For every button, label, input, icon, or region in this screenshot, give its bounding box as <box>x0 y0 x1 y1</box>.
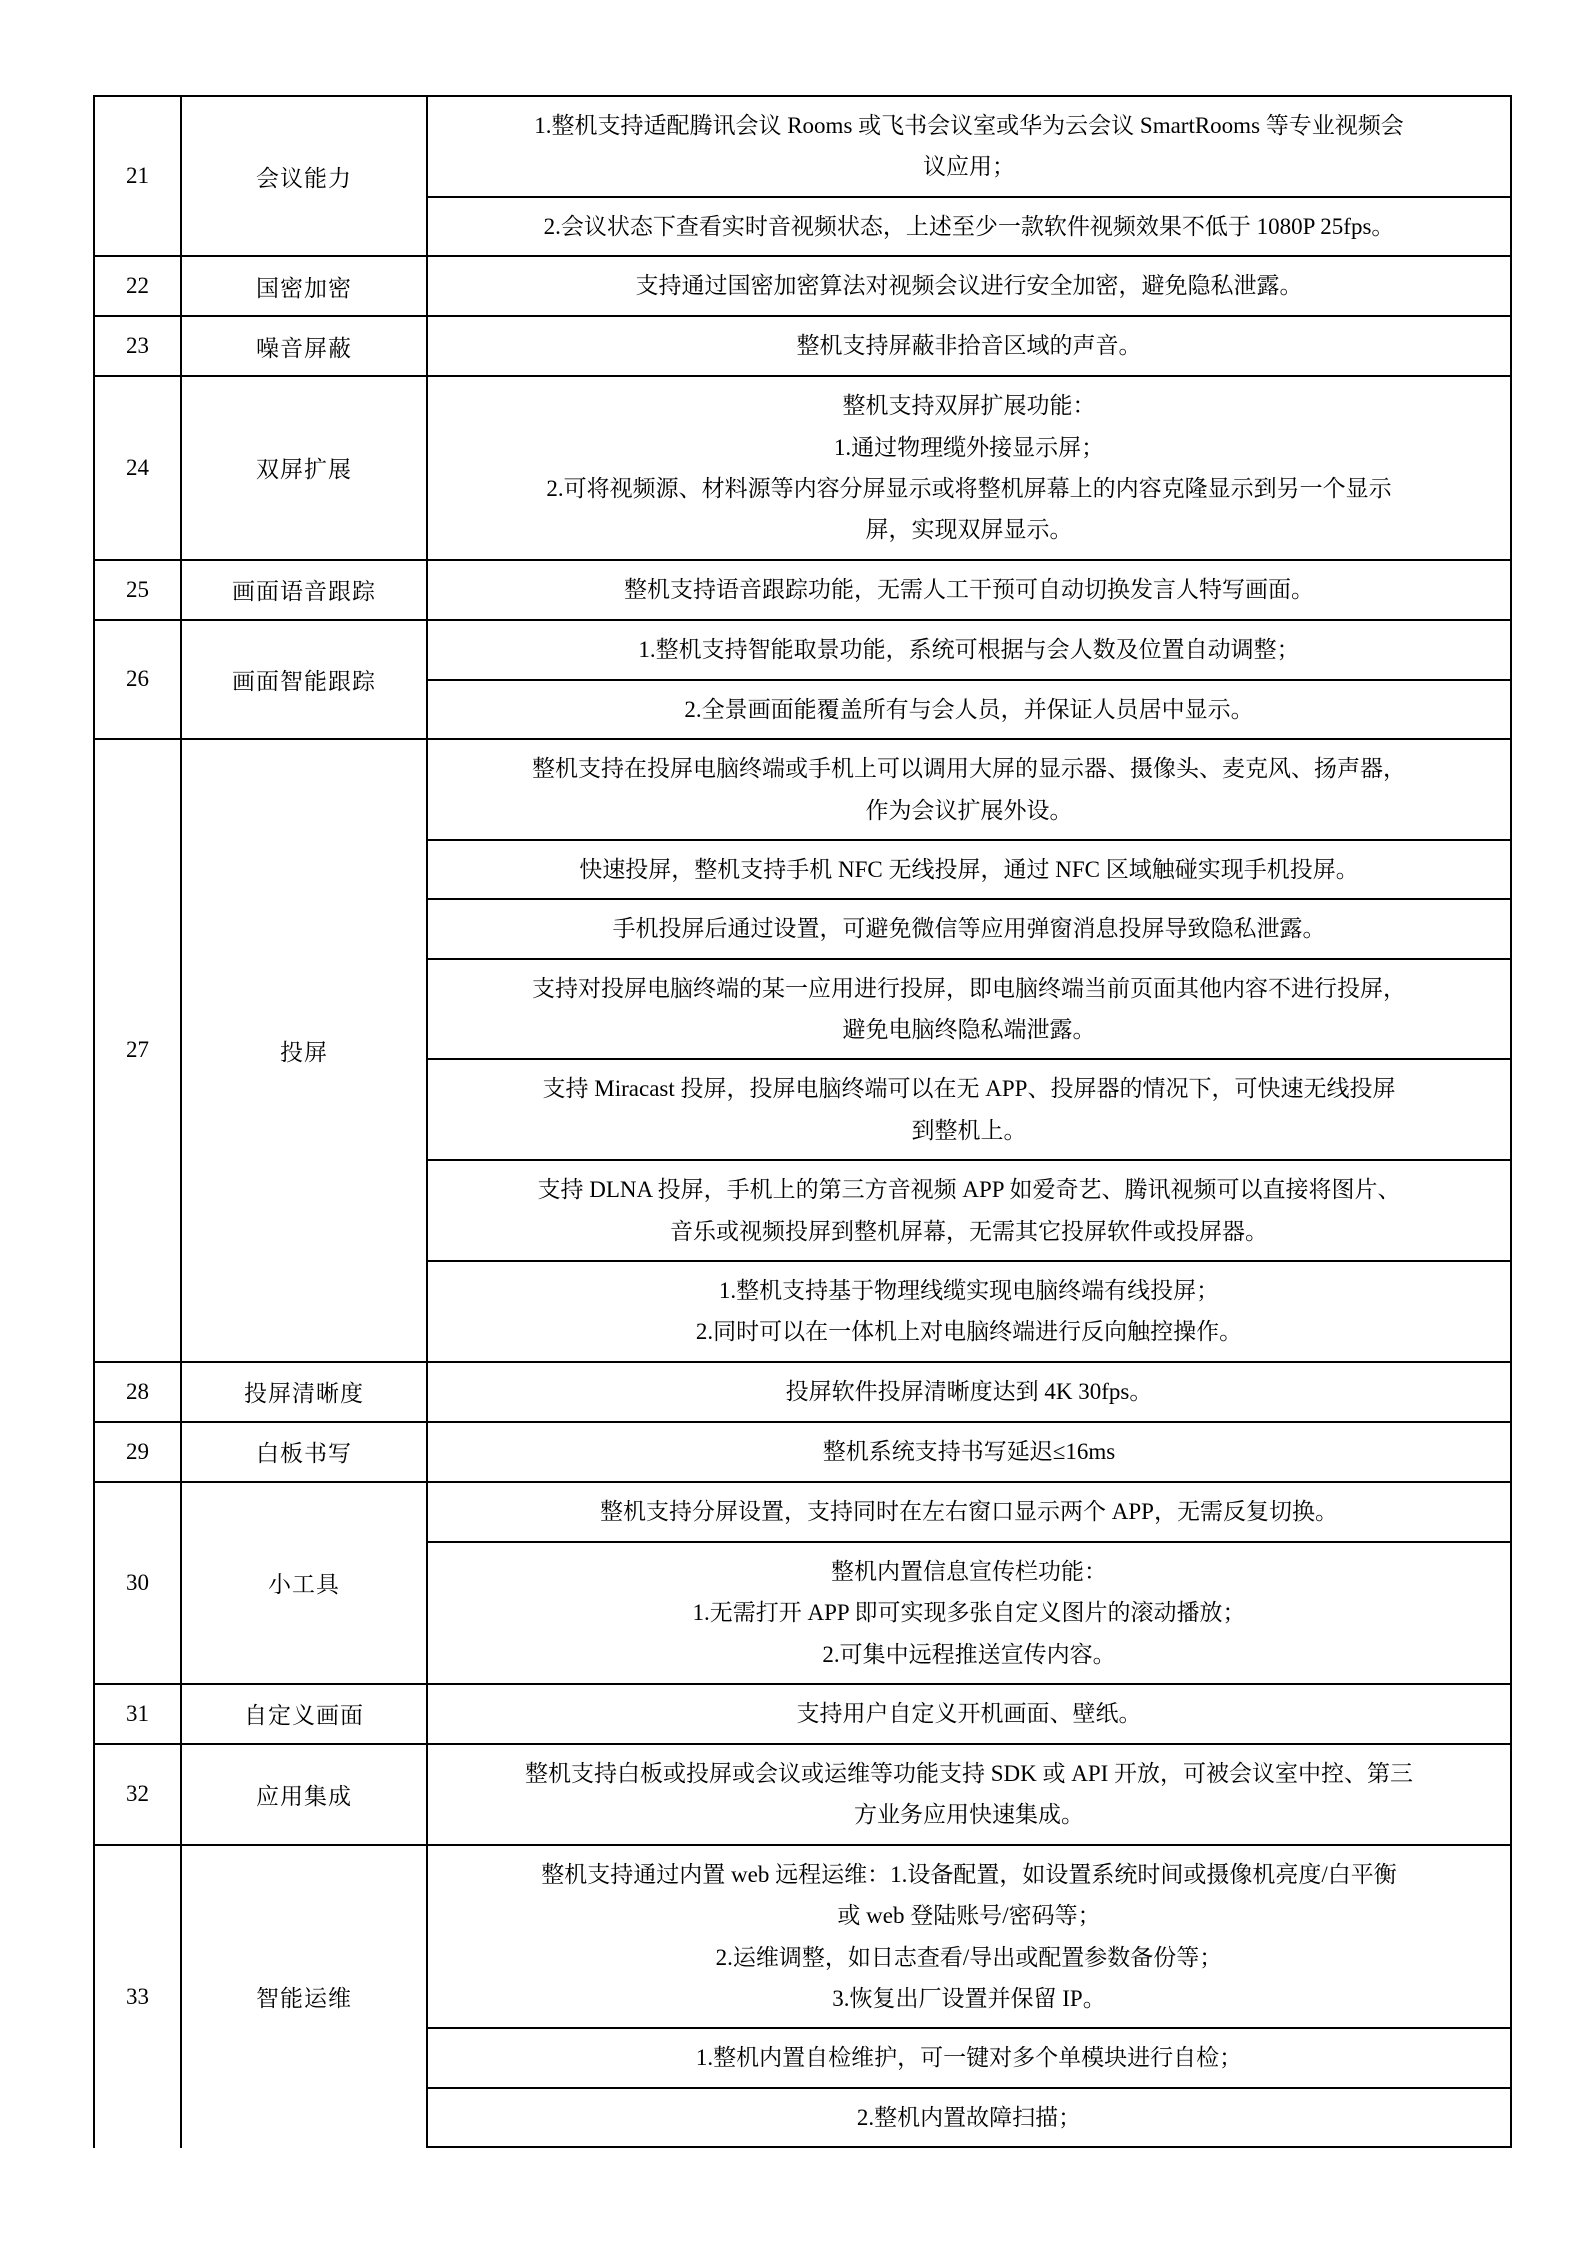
row-spec-column: 整机支持在投屏电脑终端或手机上可以调用大屏的显示器、摄像头、麦克风、扬声器， 作… <box>428 740 1510 1361</box>
document-page: 21会议能力1.整机支持适配腾讯会议 Rooms 或飞书会议室或华为云会议 Sm… <box>0 0 1587 2245</box>
table-row: 22国密加密支持通过国密加密算法对视频会议进行安全加密，避免隐私泄露。 <box>95 255 1510 315</box>
row-feature-name-cell: 白板书写 <box>182 1423 428 1481</box>
spec-table: 21会议能力1.整机支持适配腾讯会议 Rooms 或飞书会议室或华为云会议 Sm… <box>93 95 1512 2148</box>
row-spec-column: 整机支持双屏扩展功能： 1.通过物理缆外接显示屏； 2.可将视频源、材料源等内容… <box>428 377 1510 559</box>
table-row: 21会议能力1.整机支持适配腾讯会议 Rooms 或飞书会议室或华为云会议 Sm… <box>95 97 1510 255</box>
spec-cell: 支持通过国密加密算法对视频会议进行安全加密，避免隐私泄露。 <box>428 257 1510 315</box>
spec-cell: 整机系统支持书写延迟≤16ms <box>428 1423 1510 1481</box>
table-row: 25画面语音跟踪整机支持语音跟踪功能，无需人工干预可自动切换发言人特写画面。 <box>95 559 1510 619</box>
row-spec-column: 投屏软件投屏清晰度达到 4K 30fps。 <box>428 1363 1510 1421</box>
spec-text: 2.会议状态下查看实时音视频状态，上述至少一款软件视频效果不低于 1080P 2… <box>440 206 1498 247</box>
spec-text: 手机投屏后通过设置，可避免微信等应用弹窗消息投屏导致隐私泄露。 <box>440 908 1498 949</box>
spec-cell: 整机支持分屏设置，支持同时在左右窗口显示两个 APP，无需反复切换。 <box>428 1483 1510 1541</box>
spec-cell: 手机投屏后通过设置，可避免微信等应用弹窗消息投屏导致隐私泄露。 <box>428 898 1510 957</box>
spec-text: 快速投屏，整机支持手机 NFC 无线投屏，通过 NFC 区域触碰实现手机投屏。 <box>440 849 1498 890</box>
row-feature-name-cell: 画面语音跟踪 <box>182 561 428 619</box>
row-number-cell: 23 <box>95 317 182 375</box>
row-spec-column: 整机支持通过内置 web 远程运维：1.设备配置，如设置系统时间或摄像机亮度/白… <box>428 1846 1510 2148</box>
spec-cell: 投屏软件投屏清晰度达到 4K 30fps。 <box>428 1363 1510 1421</box>
row-number-cell: 32 <box>95 1745 182 1844</box>
table-row: 31自定义画面支持用户自定义开机画面、壁纸。 <box>95 1683 1510 1743</box>
row-feature-name-cell: 投屏 <box>182 740 428 1361</box>
row-spec-column: 整机系统支持书写延迟≤16ms <box>428 1423 1510 1481</box>
spec-cell: 2.整机内置故障扫描； <box>428 2087 1510 2148</box>
spec-cell: 整机支持通过内置 web 远程运维：1.设备配置，如设置系统时间或摄像机亮度/白… <box>428 1846 1510 2028</box>
spec-cell: 1.整机支持基于物理线缆实现电脑终端有线投屏； 2.同时可以在一体机上对电脑终端… <box>428 1260 1510 1361</box>
row-number-cell: 21 <box>95 97 182 255</box>
spec-text: 整机支持屏蔽非拾音区域的声音。 <box>440 325 1498 366</box>
row-feature-name-cell: 双屏扩展 <box>182 377 428 559</box>
row-feature-name-cell: 国密加密 <box>182 257 428 315</box>
table-row: 23噪音屏蔽整机支持屏蔽非拾音区域的声音。 <box>95 315 1510 375</box>
row-spec-column: 1.整机支持智能取景功能，系统可根据与会人数及位置自动调整；2.全景画面能覆盖所… <box>428 621 1510 738</box>
spec-cell: 支持对投屏电脑终端的某一应用进行投屏，即电脑终端当前页面其他内容不进行投屏， 避… <box>428 958 1510 1059</box>
row-feature-name-cell: 应用集成 <box>182 1745 428 1844</box>
row-feature-name-cell: 投屏清晰度 <box>182 1363 428 1421</box>
row-spec-column: 整机支持屏蔽非拾音区域的声音。 <box>428 317 1510 375</box>
spec-text: 1.整机支持智能取景功能，系统可根据与会人数及位置自动调整； <box>440 629 1498 670</box>
spec-cell: 整机支持语音跟踪功能，无需人工干预可自动切换发言人特写画面。 <box>428 561 1510 619</box>
spec-text: 支持 DLNA 投屏，手机上的第三方音视频 APP 如爱奇艺、腾讯视频可以直接将… <box>440 1169 1498 1252</box>
row-spec-column: 整机支持白板或投屏或会议或运维等功能支持 SDK 或 API 开放，可被会议室中… <box>428 1745 1510 1844</box>
spec-text: 1.整机支持适配腾讯会议 Rooms 或飞书会议室或华为云会议 SmartRoo… <box>440 105 1498 188</box>
row-number-cell: 25 <box>95 561 182 619</box>
spec-text: 整机支持语音跟踪功能，无需人工干预可自动切换发言人特写画面。 <box>440 569 1498 610</box>
spec-text: 整机支持分屏设置，支持同时在左右窗口显示两个 APP，无需反复切换。 <box>440 1491 1498 1532</box>
spec-text: 支持通过国密加密算法对视频会议进行安全加密，避免隐私泄露。 <box>440 265 1498 306</box>
spec-text: 整机支持在投屏电脑终端或手机上可以调用大屏的显示器、摄像头、麦克风、扬声器， 作… <box>440 748 1498 831</box>
row-feature-name-cell: 噪音屏蔽 <box>182 317 428 375</box>
row-number-cell: 27 <box>95 740 182 1361</box>
spec-cell: 支持 DLNA 投屏，手机上的第三方音视频 APP 如爱奇艺、腾讯视频可以直接将… <box>428 1159 1510 1260</box>
spec-cell: 1.整机支持智能取景功能，系统可根据与会人数及位置自动调整； <box>428 621 1510 679</box>
row-feature-name-cell: 自定义画面 <box>182 1685 428 1743</box>
table-row: 26画面智能跟踪1.整机支持智能取景功能，系统可根据与会人数及位置自动调整；2.… <box>95 619 1510 738</box>
table-row: 27投屏整机支持在投屏电脑终端或手机上可以调用大屏的显示器、摄像头、麦克风、扬声… <box>95 738 1510 1361</box>
table-row: 33智能运维整机支持通过内置 web 远程运维：1.设备配置，如设置系统时间或摄… <box>95 1844 1510 2148</box>
spec-text: 整机支持双屏扩展功能： 1.通过物理缆外接显示屏； 2.可将视频源、材料源等内容… <box>440 385 1498 551</box>
row-number-cell: 24 <box>95 377 182 559</box>
row-spec-column: 1.整机支持适配腾讯会议 Rooms 或飞书会议室或华为云会议 SmartRoo… <box>428 97 1510 255</box>
spec-text: 整机系统支持书写延迟≤16ms <box>440 1431 1498 1472</box>
row-number-cell: 30 <box>95 1483 182 1683</box>
table-row: 30小工具整机支持分屏设置，支持同时在左右窗口显示两个 APP，无需反复切换。整… <box>95 1481 1510 1683</box>
spec-text: 投屏软件投屏清晰度达到 4K 30fps。 <box>440 1371 1498 1412</box>
spec-text: 整机支持通过内置 web 远程运维：1.设备配置，如设置系统时间或摄像机亮度/白… <box>440 1854 1498 2020</box>
row-feature-name-cell: 画面智能跟踪 <box>182 621 428 738</box>
row-number-cell: 31 <box>95 1685 182 1743</box>
row-feature-name-cell: 智能运维 <box>182 1846 428 2148</box>
row-number-cell: 26 <box>95 621 182 738</box>
row-spec-column: 支持通过国密加密算法对视频会议进行安全加密，避免隐私泄露。 <box>428 257 1510 315</box>
row-number-cell: 22 <box>95 257 182 315</box>
table-row: 28投屏清晰度投屏软件投屏清晰度达到 4K 30fps。 <box>95 1361 1510 1421</box>
table-row: 29白板书写整机系统支持书写延迟≤16ms <box>95 1421 1510 1481</box>
table-row: 32应用集成整机支持白板或投屏或会议或运维等功能支持 SDK 或 API 开放，… <box>95 1743 1510 1844</box>
spec-text: 支持用户自定义开机画面、壁纸。 <box>440 1693 1498 1734</box>
spec-cell: 整机内置信息宣传栏功能： 1.无需打开 APP 即可实现多张自定义图片的滚动播放… <box>428 1541 1510 1683</box>
row-number-cell: 29 <box>95 1423 182 1481</box>
spec-cell: 2.会议状态下查看实时音视频状态，上述至少一款软件视频效果不低于 1080P 2… <box>428 196 1510 255</box>
row-feature-name-cell: 小工具 <box>182 1483 428 1683</box>
spec-text: 1.整机支持基于物理线缆实现电脑终端有线投屏； 2.同时可以在一体机上对电脑终端… <box>440 1270 1498 1353</box>
row-number-cell: 28 <box>95 1363 182 1421</box>
spec-text: 整机支持白板或投屏或会议或运维等功能支持 SDK 或 API 开放，可被会议室中… <box>440 1753 1498 1836</box>
spec-cell: 1.整机内置自检维护，可一键对多个单模块进行自检； <box>428 2027 1510 2086</box>
spec-text: 1.整机内置自检维护，可一键对多个单模块进行自检； <box>440 2037 1498 2078</box>
spec-cell: 整机支持双屏扩展功能： 1.通过物理缆外接显示屏； 2.可将视频源、材料源等内容… <box>428 377 1510 559</box>
spec-cell: 整机支持白板或投屏或会议或运维等功能支持 SDK 或 API 开放，可被会议室中… <box>428 1745 1510 1844</box>
spec-cell: 整机支持在投屏电脑终端或手机上可以调用大屏的显示器、摄像头、麦克风、扬声器， 作… <box>428 740 1510 839</box>
row-spec-column: 支持用户自定义开机画面、壁纸。 <box>428 1685 1510 1743</box>
spec-text: 2.整机内置故障扫描； <box>440 2097 1498 2138</box>
spec-cell: 2.全景画面能覆盖所有与会人员，并保证人员居中显示。 <box>428 679 1510 738</box>
spec-text: 整机内置信息宣传栏功能： 1.无需打开 APP 即可实现多张自定义图片的滚动播放… <box>440 1551 1498 1675</box>
spec-cell: 快速投屏，整机支持手机 NFC 无线投屏，通过 NFC 区域触碰实现手机投屏。 <box>428 839 1510 898</box>
spec-text: 2.全景画面能覆盖所有与会人员，并保证人员居中显示。 <box>440 689 1498 730</box>
spec-cell: 整机支持屏蔽非拾音区域的声音。 <box>428 317 1510 375</box>
row-feature-name-cell: 会议能力 <box>182 97 428 255</box>
spec-cell: 1.整机支持适配腾讯会议 Rooms 或飞书会议室或华为云会议 SmartRoo… <box>428 97 1510 196</box>
row-number-cell: 33 <box>95 1846 182 2148</box>
spec-cell: 支持用户自定义开机画面、壁纸。 <box>428 1685 1510 1743</box>
row-spec-column: 整机支持语音跟踪功能，无需人工干预可自动切换发言人特写画面。 <box>428 561 1510 619</box>
row-spec-column: 整机支持分屏设置，支持同时在左右窗口显示两个 APP，无需反复切换。整机内置信息… <box>428 1483 1510 1683</box>
table-row: 24双屏扩展整机支持双屏扩展功能： 1.通过物理缆外接显示屏； 2.可将视频源、… <box>95 375 1510 559</box>
spec-text: 支持对投屏电脑终端的某一应用进行投屏，即电脑终端当前页面其他内容不进行投屏， 避… <box>440 968 1498 1051</box>
spec-cell: 支持 Miracast 投屏，投屏电脑终端可以在无 APP、投屏器的情况下，可快… <box>428 1058 1510 1159</box>
spec-text: 支持 Miracast 投屏，投屏电脑终端可以在无 APP、投屏器的情况下，可快… <box>440 1068 1498 1151</box>
